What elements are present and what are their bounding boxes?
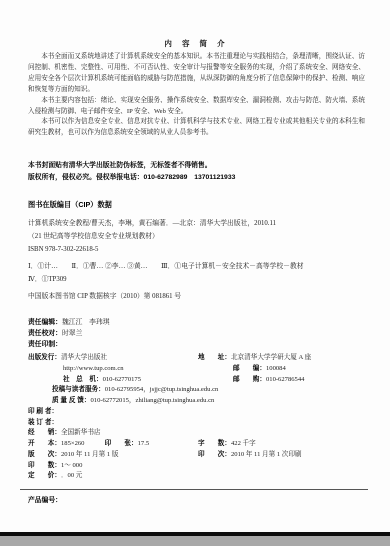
distributor-value: 全国新华书店: [61, 428, 101, 439]
format-row: 开 本：185×260 印 张：17.5 字 数：422 千字: [28, 439, 365, 450]
publisher-row: 出版发行：清华大学出版社 地 址：北京清华大学学研大厦 A 座: [28, 353, 365, 364]
reader-service-cell: 投稿与读者服务：010-62795954，jsjjc@tup.tsinghua.…: [28, 385, 218, 396]
anti-piracy-line-1: 本书封面贴有清华大学出版社防伪标签，无标签者不得销售。: [28, 160, 365, 172]
print-supervisor-label: 责任印制：: [28, 339, 62, 350]
words-label: 字 数：: [198, 440, 231, 447]
address-value: 北京清华大学学研大厦 A 座: [231, 354, 311, 361]
printrun-value: 1～ 000: [61, 461, 82, 472]
sheets-pair: 印 张：17.5: [105, 440, 150, 447]
distributor-row: 经 销：全国新华书店: [28, 428, 365, 439]
format-pair: 开 本：185×260: [28, 439, 103, 450]
cip-series-line: （21 世纪高等学校信息安全专业规划教材）: [28, 230, 365, 243]
reader-service-value: 010-62795954，jsjjc@tup.tsinghua.edu.cn: [105, 386, 219, 393]
cip-body: 计算机系统安全教程/曹天杰，李琳，黄石编著．—北京：清华大学出版社，2010.1…: [28, 217, 365, 256]
proofreader-value: 时翠兰: [62, 328, 82, 339]
colophon: 出版发行：清华大学出版社 地 址：北京清华大学学研大厦 A 座 http://w…: [28, 353, 365, 482]
mailorder-value: 010-62786544: [266, 376, 304, 383]
cip-heading: 图书在版编目（CIP）数据: [28, 200, 365, 210]
intro-paragraph-2: 本书主要内容包括：绪论、实现安全服务、操作系统安全、数据库安全、漏洞检测、攻击与…: [28, 96, 365, 118]
format-value: 185×260: [61, 440, 85, 447]
edition-label: 版 次：: [28, 451, 61, 458]
mailorder-cell: 邮 购：010-62786544: [233, 375, 365, 386]
switchboard-row: 社 总 机：010-62770175 邮 购：010-62786544: [28, 375, 365, 386]
staff-credits: 责任编辑： 魏江江 李玮琪 责任校对： 时翠兰 责任印制：: [28, 317, 365, 351]
binder-row: 装 订 者：: [28, 418, 365, 429]
staff-row-editor: 责任编辑： 魏江江 李玮琪: [28, 317, 365, 328]
anti-piracy-notice: 本书封面贴有清华大学出版社防伪标签，无标签者不得销售。 版权所有，侵权必究。侵权…: [28, 160, 365, 183]
format-cell: 开 本：185×260 印 张：17.5: [28, 439, 198, 450]
publisher-label: 出版发行：: [28, 354, 61, 361]
anti-piracy-line-2: 版权所有，侵权必究。侵权举报电话：010-62782989 1370112193…: [28, 172, 365, 184]
intro-title: 内 容 简 介: [28, 38, 365, 49]
mailorder-label: 邮 购：: [233, 376, 266, 383]
footer-divider: [20, 489, 368, 490]
website-cell: http://www.tup.com.cn: [28, 364, 233, 375]
impression-label: 印 次：: [198, 451, 231, 458]
edition-row: 版 次：2010 年 11 月第 1 版 印 次：2010 年 11 月第 1 …: [28, 450, 365, 461]
publisher-cell: 出版发行：清华大学出版社: [28, 353, 198, 364]
cip-class-line-1: Ⅰ．①计… Ⅱ．①曹… ②李… ③黄… Ⅲ．①电子计算机－安全技术－高等学校－教…: [28, 260, 365, 273]
quality-feedback-cell: 质 量 反 馈：010-62772015，zhiliang@tup.tsingh…: [28, 396, 214, 407]
publisher-url: http://www.tup.com.cn: [63, 365, 124, 372]
format-label: 开 本：: [28, 440, 61, 447]
staff-row-proofreader: 责任校对： 时翠兰: [28, 328, 365, 339]
copyright-page: 内 容 简 介 本书全面而又系统地讲述了计算机系统安全的基本知识。本书注重理论与…: [0, 0, 390, 546]
bottom-gray-bar: [0, 536, 390, 546]
cip-classification: Ⅰ．①计… Ⅱ．①曹… ②李… ③黄… Ⅲ．①电子计算机－安全技术－高等学校－教…: [28, 260, 365, 286]
staff-row-print-supervisor: 责任印制：: [28, 339, 365, 350]
words-value: 422 千字: [231, 440, 256, 447]
editor-label: 责任编辑：: [28, 317, 62, 328]
publisher-value: 清华大学出版社: [61, 354, 107, 361]
printrun-label: 印 数：: [28, 461, 61, 472]
quality-feedback-value: 010-62772015，zhiliang@tup.tsinghua.edu.c…: [90, 397, 214, 404]
product-number-row: 产品编号：: [28, 494, 365, 504]
price-row: 定 价：．00 元: [28, 471, 365, 482]
editor-value: 魏江江 李玮琪: [62, 317, 110, 328]
switchboard-value: 010-62770175: [103, 376, 141, 383]
address-cell: 地 址：北京清华大学学研大厦 A 座: [198, 353, 365, 364]
switchboard-label: 社 总 机：: [63, 376, 103, 383]
zip-value: 100084: [266, 365, 286, 372]
impression-value: 2010 年 11 月第 1 次印刷: [231, 451, 302, 458]
edition-value: 2010 年 11 月第 1 版: [61, 451, 118, 458]
impression-cell: 印 次：2010 年 11 月第 1 次印刷: [198, 450, 365, 461]
cip-class-line-2: Ⅳ．①TP309: [28, 273, 365, 286]
intro-section: 本书全面而又系统地讲述了计算机系统安全的基本知识。本书注重理论与实践相结合，条理…: [28, 52, 365, 139]
proofreader-label: 责任校对：: [28, 328, 62, 339]
zip-cell: 邮 编：100084: [233, 364, 365, 375]
cip-record-number: 中国版本图书馆 CIP 数据核字（2010）第 081861 号: [28, 290, 365, 300]
printer-label: 印 刷 者：: [28, 407, 58, 418]
address-label: 地 址：: [198, 354, 231, 361]
distributor-label: 经 销：: [28, 428, 61, 439]
price-value: ．00 元: [61, 471, 82, 482]
website-row: http://www.tup.com.cn 邮 编：100084: [28, 364, 365, 375]
words-cell: 字 数：422 千字: [198, 439, 365, 450]
cip-title-line: 计算机系统安全教程/曹天杰，李琳，黄石编著．—北京：清华大学出版社，2010.1…: [28, 217, 365, 230]
edition-cell: 版 次：2010 年 11 月第 1 版: [28, 450, 198, 461]
cip-isbn: ISBN 978-7-302-22618-5: [28, 243, 365, 256]
intro-paragraph-1: 本书全面而又系统地讲述了计算机系统安全的基本知识。本书注重理论与实践相结合，条理…: [28, 52, 365, 96]
binder-label: 装 订 者：: [28, 418, 58, 429]
quality-feedback-label: 质 量 反 馈：: [52, 397, 90, 404]
sheets-label: 印 张：: [105, 440, 138, 447]
zip-label: 邮 编：: [233, 365, 266, 372]
reader-service-row: 投稿与读者服务：010-62795954，jsjjc@tup.tsinghua.…: [28, 385, 365, 396]
product-number-label: 产品编号：: [28, 497, 62, 504]
intro-paragraph-3: 本书可以作为信息安全专业、信息对抗专业、计算机科学与技术专业、网络工程专业或其他…: [28, 117, 365, 139]
printrun-row: 印 数：1～ 000: [28, 461, 365, 472]
switchboard-cell: 社 总 机：010-62770175: [28, 375, 233, 386]
sheets-value: 17.5: [138, 440, 150, 447]
price-label: 定 价：: [28, 471, 61, 482]
quality-feedback-row: 质 量 反 馈：010-62772015，zhiliang@tup.tsingh…: [28, 396, 365, 407]
reader-service-label: 投稿与读者服务：: [52, 386, 105, 393]
printer-row: 印 刷 者：: [28, 407, 365, 418]
